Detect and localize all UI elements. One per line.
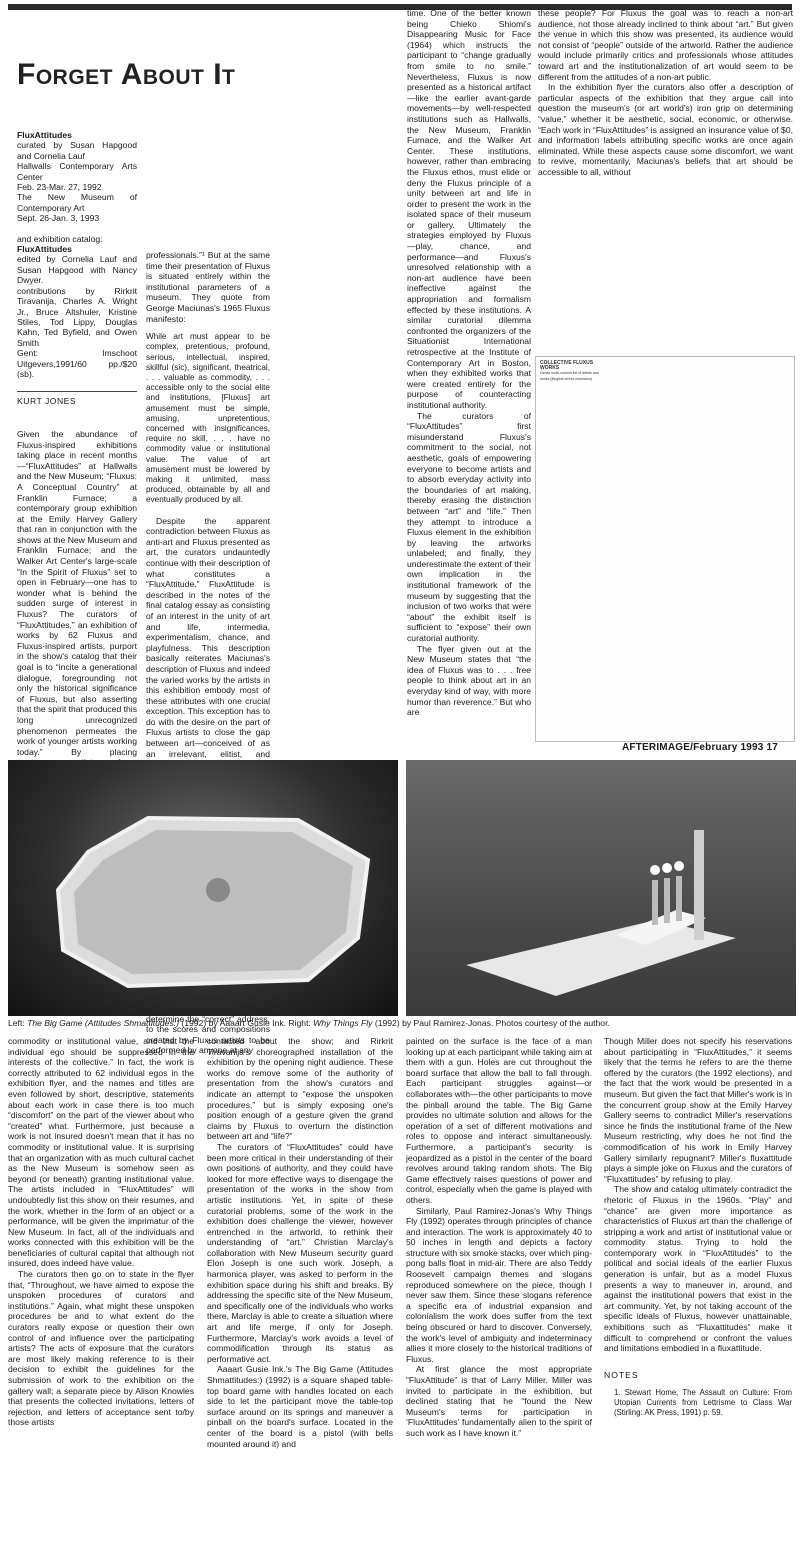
publisher: Gent: Imschoot Uitgevers,1991/60 pp./$20… — [17, 348, 137, 379]
paragraph: The curators of “FluxAttitudes” could ha… — [207, 1142, 393, 1364]
footnote: 1. Stewart Home, The Assault on Culture:… — [604, 1388, 792, 1417]
paragraph: In the exhibition flyer the curators als… — [538, 82, 793, 177]
photo-big-game — [8, 760, 398, 1016]
paragraph: contacted about the show; and Rirkrit Ti… — [207, 1036, 393, 1142]
paragraph: Aaaart Gusie Ink.'s The Big Game (Attitu… — [207, 1364, 393, 1449]
collective-fluxus-works-sidebar: COLLECTIVE FLUXUS WORKS Dense multi-colu… — [535, 356, 795, 742]
paragraph: The flyer given out at the New Museum st… — [407, 644, 531, 718]
game-board-image — [8, 760, 398, 1016]
paragraph: At first glance the most appropriate “Fl… — [406, 1364, 592, 1438]
venue-1: Hallwalls Contemporary Arts Center — [17, 161, 137, 182]
factory-sculpture-image — [406, 760, 796, 1016]
dates-2: Sept. 26-Jan. 3, 1993 — [17, 213, 137, 223]
notes-heading: NOTES — [604, 1370, 792, 1381]
contributors: contributions by Rirkrit Tiravanija, Cha… — [17, 286, 137, 348]
paragraph: The curators then go on to state in the … — [8, 1269, 194, 1428]
photo-caption: Left: The Big Game (Attitudes Shmattitud… — [8, 1018, 792, 1028]
caption-text: (1992) by Aaaart Gusie Ink. Right: — [179, 1018, 313, 1028]
paragraph: these people? For Fluxus the goal was to… — [538, 8, 793, 82]
manifesto-quote: While art must appear to be complex, pre… — [146, 332, 270, 505]
page-folio: AFTERIMAGE/February 1993 17 — [622, 742, 778, 753]
venue-2: The New Museum of Contemporary Art — [17, 192, 137, 213]
column-5: commodity or institutional value, and th… — [8, 1036, 194, 1428]
column-8: Though Miller does not specify his reser… — [604, 1036, 792, 1417]
catalog-editors: edited by Cornelia Lauf and Susan Hapgoo… — [17, 254, 137, 285]
column-7: painted on the surface is the face of a … — [406, 1036, 592, 1439]
caption-text: Left: — [8, 1018, 27, 1028]
paragraph: The curators of “FluxAttitudes” first mi… — [407, 411, 531, 644]
caption-text: (1992) by Paul Ramirez-Jonas. Photos cou… — [372, 1018, 609, 1028]
show-title: FluxAttitudes — [17, 130, 72, 140]
paragraph: commodity or institutional value, and th… — [8, 1036, 194, 1269]
caption-work-title: Why Things Fly — [313, 1018, 372, 1028]
column-4: these people? For Fluxus the goal was to… — [538, 8, 793, 178]
article-title: Forget About It — [17, 58, 235, 92]
byline: KURT JONES — [17, 391, 137, 407]
paragraph: The show and catalog ultimately contradi… — [604, 1184, 792, 1354]
paragraph: professionals.”¹ But at the same time th… — [146, 250, 270, 324]
photo-why-things-fly — [406, 760, 796, 1016]
column-6: contacted about the show; and Rirkrit Ti… — [207, 1036, 393, 1449]
paragraph: Similarly, Paul Ramirez-Jonas's Why Thin… — [406, 1206, 592, 1365]
review-info: FluxAttitudes curated by Susan Hapgood a… — [17, 130, 137, 379]
curators: curated by Susan Hapgood and Cornelia La… — [17, 140, 137, 161]
paragraph: painted on the surface is the face of a … — [406, 1036, 592, 1206]
caption-work-title: The Big Game (Attitudes Shmattitudes:) — [27, 1018, 179, 1028]
paragraph: time. One of the better known being Chie… — [407, 8, 531, 411]
sidebar-note: Dense multi-column list of artists and w… — [540, 371, 600, 381]
catalog-intro: and exhibition catalog: — [17, 234, 137, 244]
catalog-title: FluxAttitudes — [17, 244, 72, 254]
paragraph: Though Miller does not specify his reser… — [604, 1036, 792, 1184]
column-3: time. One of the better known being Chie… — [407, 8, 531, 718]
sidebar-heading: COLLECTIVE FLUXUS WORKS — [540, 361, 600, 371]
dates-1: Feb. 23-Mar. 27, 1992 — [17, 182, 137, 192]
